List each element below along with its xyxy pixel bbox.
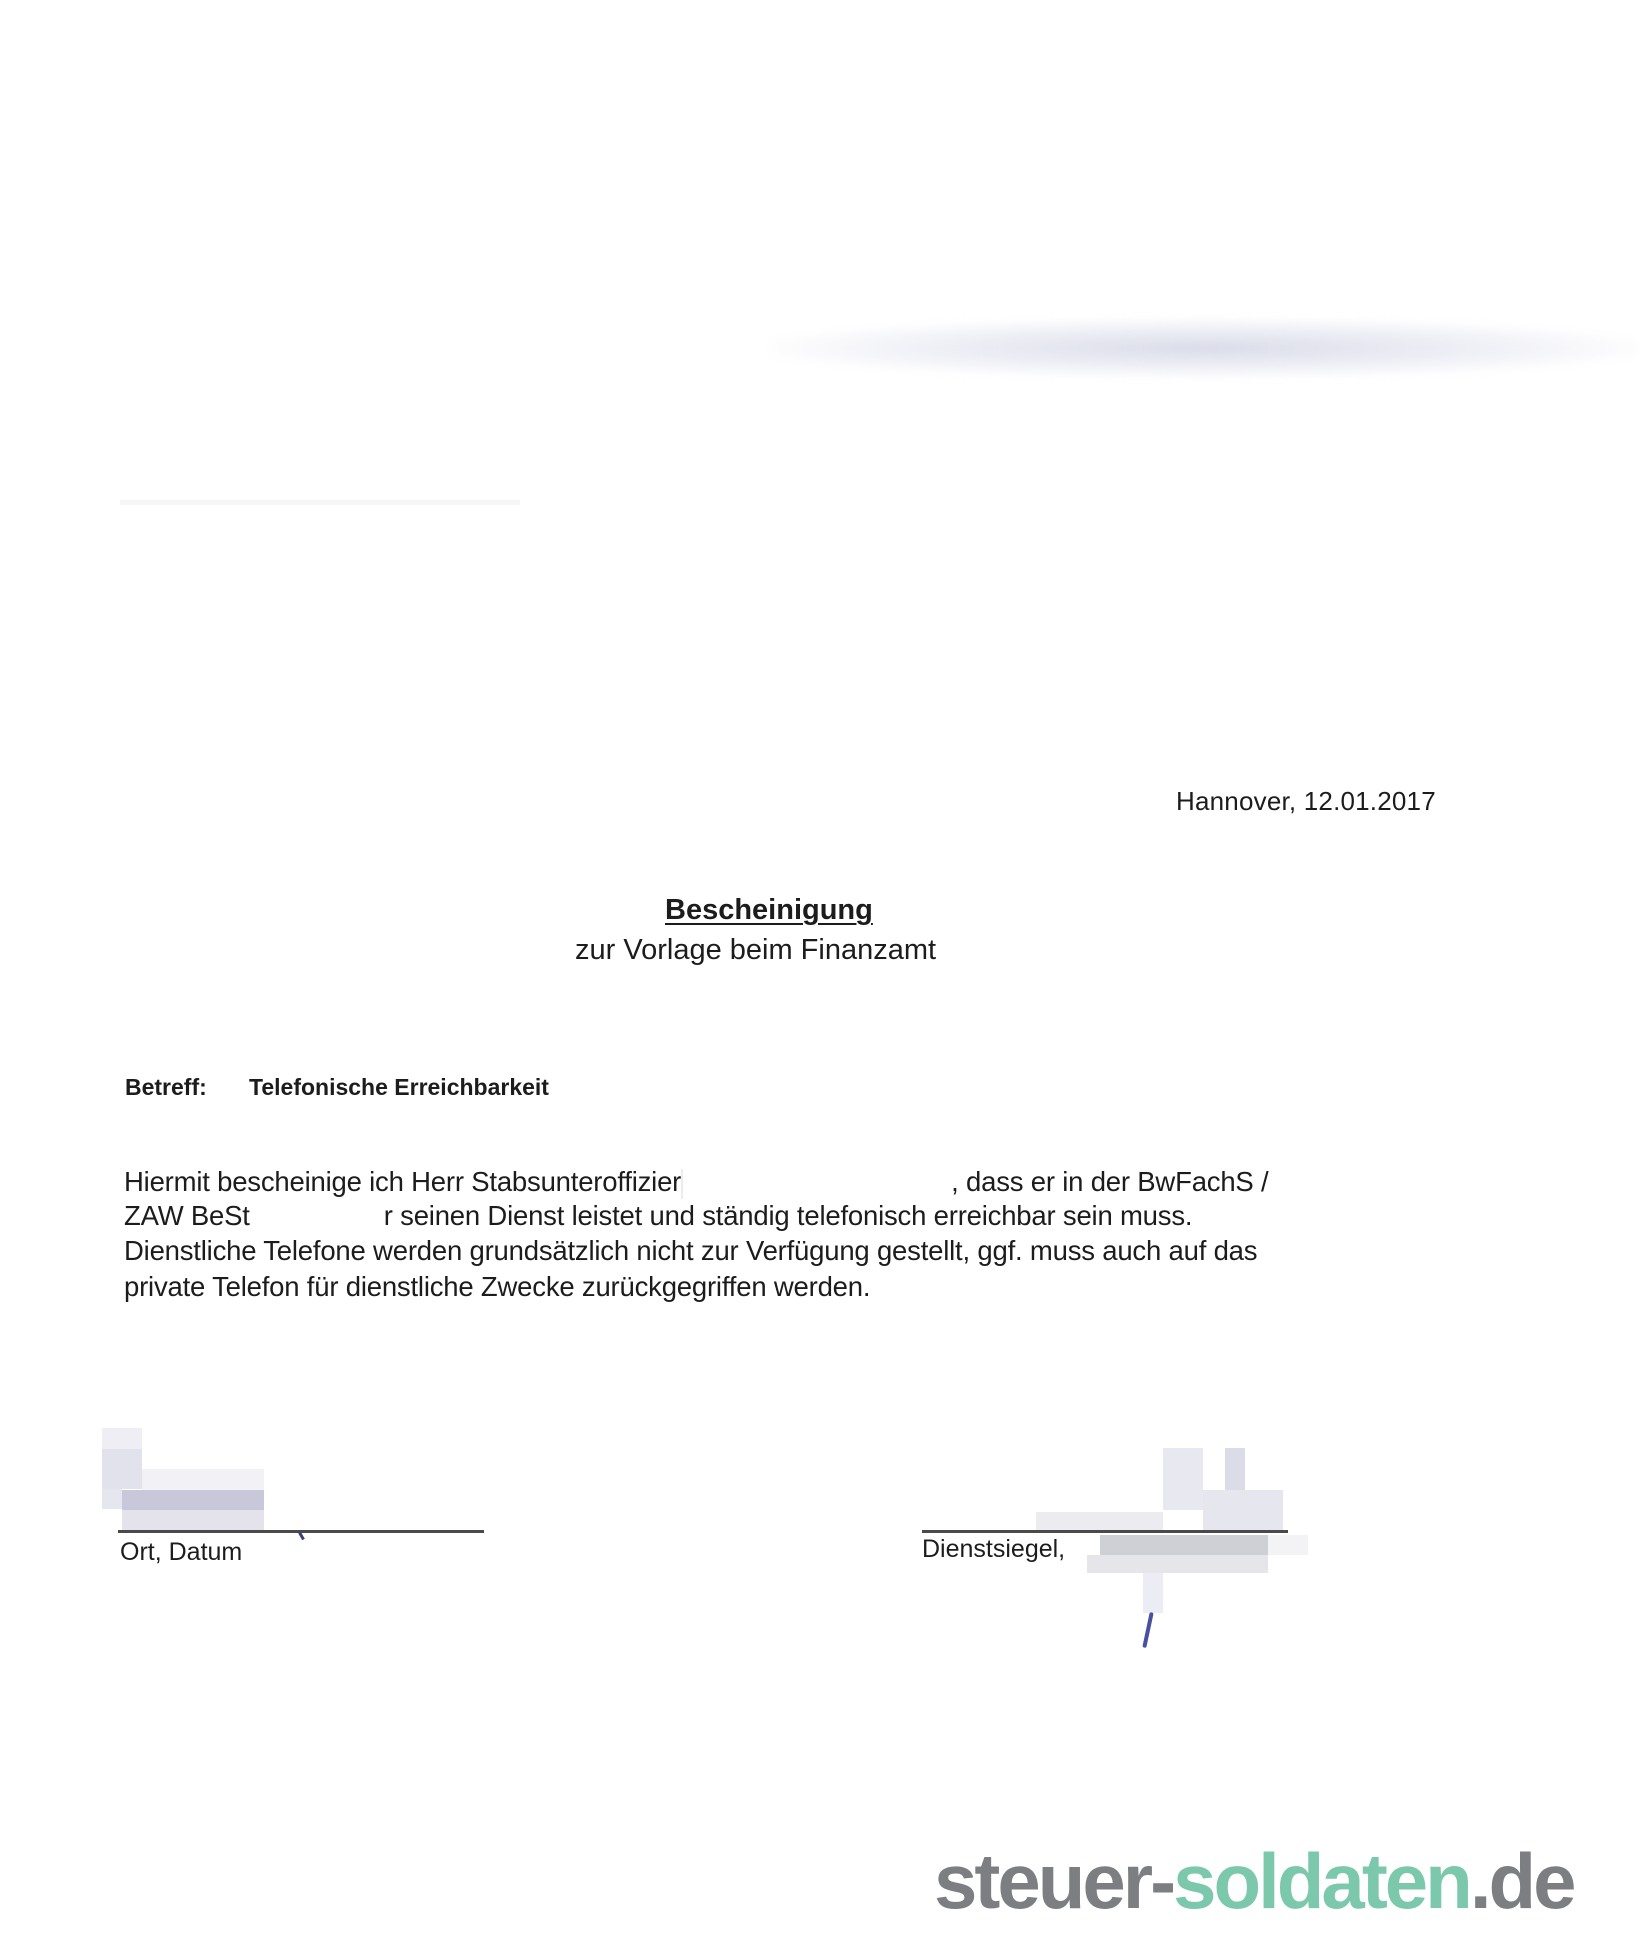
document-subtitle: zur Vorlage beim Finanzamt <box>575 934 936 967</box>
redacted-letterhead <box>770 318 1640 378</box>
logo-part-1: steuer- <box>934 1837 1173 1925</box>
subject-label: Betreff: <box>125 1074 249 1101</box>
subject-text: Telefonische Erreichbarkeit <box>249 1074 549 1100</box>
body-text: , dass er in der BwFachS / <box>951 1166 1268 1197</box>
body-text: Hiermit bescheinige ich Herr Stabsuntero… <box>124 1166 681 1197</box>
body-line-3: Dienstliche Telefone werden grundsätzlic… <box>124 1235 1257 1267</box>
signature-stroke <box>1142 1612 1153 1648</box>
faint-scan-line <box>120 500 520 505</box>
document-title: Bescheinigung <box>665 894 873 927</box>
body-line-2: ZAW BeStr seinen Dienst leistet und stän… <box>124 1200 1192 1232</box>
body-text: r seinen Dienst leistet und ständig tele… <box>384 1200 1193 1231</box>
signature-line-right <box>922 1530 1288 1533</box>
body-line-1: Hiermit bescheinige ich Herr Stabsuntero… <box>124 1166 1268 1199</box>
place-date-label: Ort, Datum <box>120 1538 242 1567</box>
place-date: Hannover, 12.01.2017 <box>1176 786 1436 817</box>
official-seal-label: Dienstsiegel, <box>922 1535 1065 1564</box>
redacted-name <box>681 1169 951 1199</box>
body-line-4: private Telefon für dienstliche Zwecke z… <box>124 1271 870 1303</box>
logo-part-2: soldaten <box>1173 1837 1470 1925</box>
pen-tick <box>298 1532 305 1540</box>
subject-line: Betreff:Telefonische Erreichbarkeit <box>125 1074 549 1101</box>
logo-part-3: .de <box>1470 1837 1574 1925</box>
watermark-logo: steuer-soldaten.de <box>934 1836 1574 1927</box>
body-text: ZAW BeSt <box>124 1200 250 1231</box>
